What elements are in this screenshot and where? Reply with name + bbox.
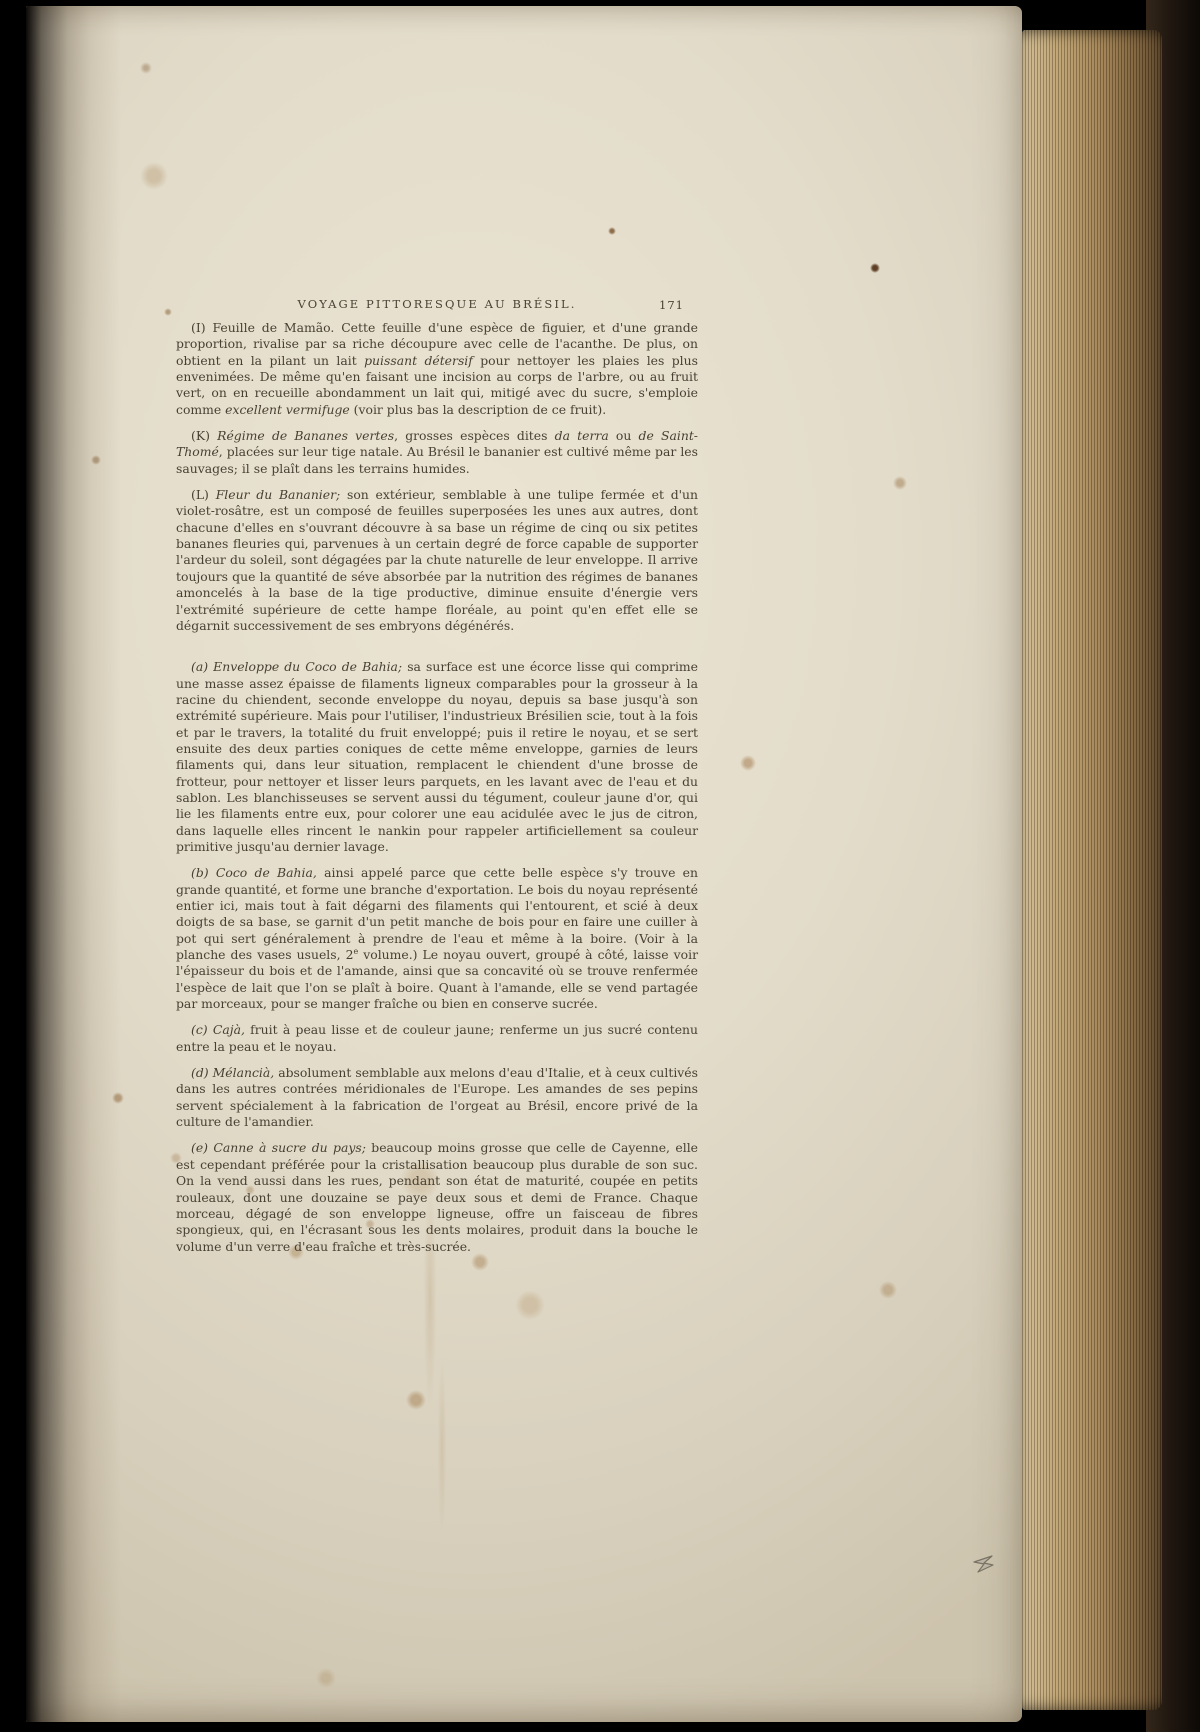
page-number: 171 — [659, 298, 684, 312]
book-photo: VOYAGE PITTORESQUE AU BRÉSIL. 171 (I) Fe… — [0, 0, 1200, 1732]
note-e: (e) Canne à sucre du pays; beaucoup moin… — [176, 1140, 698, 1254]
note-d: (d) Mélancià, absolument semblable aux m… — [176, 1065, 698, 1130]
note-I: (I) Feuille de Mamão. Cette feuille d'un… — [176, 320, 698, 418]
note-K: (K) Régime de Bananes vertes, grosses es… — [176, 428, 698, 477]
book-page: VOYAGE PITTORESQUE AU BRÉSIL. 171 (I) Fe… — [26, 6, 1022, 1722]
note-L: (L) Fleur du Bananier; son extérieur, se… — [176, 487, 698, 634]
page-text: (I) Feuille de Mamão. Cette feuille d'un… — [176, 320, 698, 1255]
binding-gutter-shadow — [26, 6, 121, 1722]
note-a: (a) Enveloppe du Coco de Bahia; sa surfa… — [176, 659, 698, 855]
note-c: (c) Cajà, fruit à peau lisse et de coule… — [176, 1022, 698, 1055]
running-header-title: VOYAGE PITTORESQUE AU BRÉSIL. — [298, 297, 577, 311]
text-column: VOYAGE PITTORESQUE AU BRÉSIL. 171 (I) Fe… — [176, 6, 698, 1265]
running-head: VOYAGE PITTORESQUE AU BRÉSIL. 171 — [176, 297, 698, 313]
fore-edge-pages — [1022, 30, 1162, 1710]
page-turn-arrow-icon[interactable] — [962, 1550, 998, 1576]
note-b: (b) Coco de Bahia, ainsi appelé parce qu… — [176, 865, 698, 1012]
